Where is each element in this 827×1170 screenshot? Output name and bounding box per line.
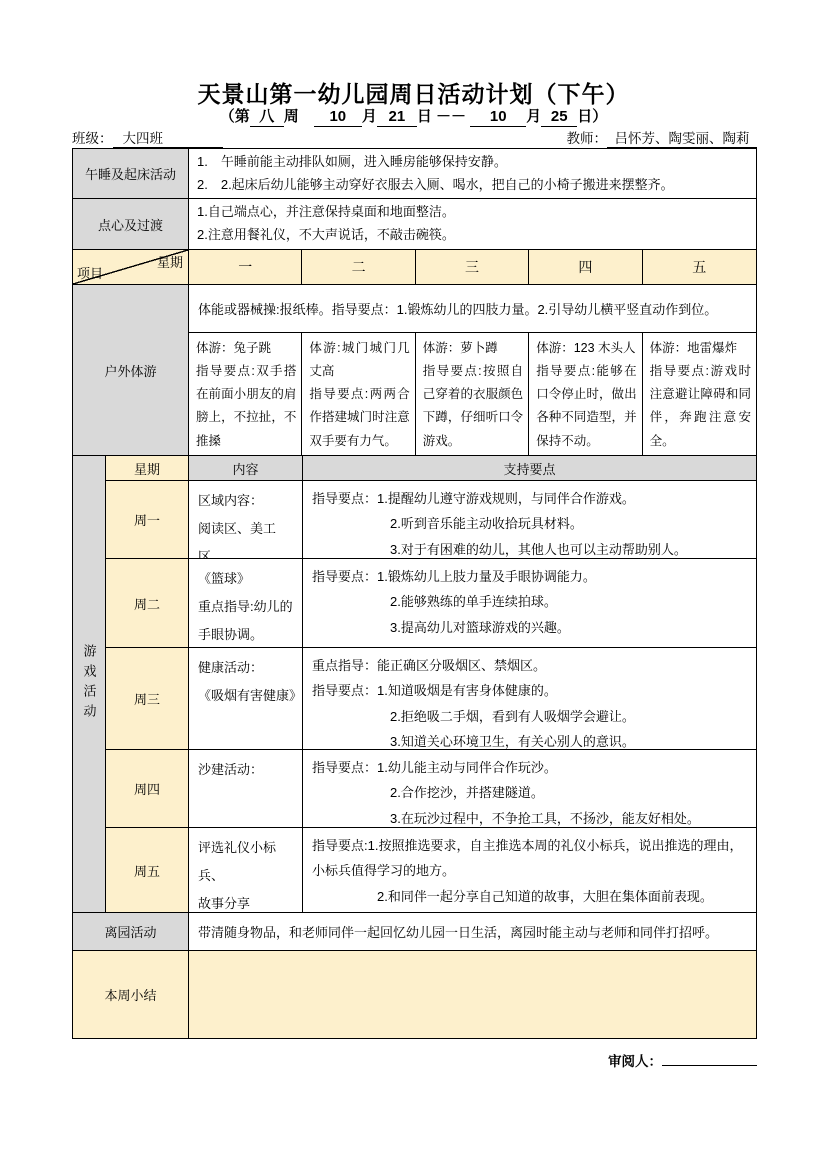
games-col-week: 星期 [106,456,189,481]
outdoor-common-content: 体能或器械操:报纸棒。指导要点：1.锻炼幼儿的四肢力量。2.引导幼儿横平竖直动作… [189,285,756,333]
games-row-thu-content: 沙建活动： [189,750,303,828]
subtitle-month-label1: 月 [362,108,377,125]
dismissal-label: 离园活动 [73,913,189,951]
games-row-fri-support: 指导要点:1.按照推选要求，自主推选本周的礼仪小标兵，说出推选的理由，小标兵值得… [303,828,756,913]
teacher-label: 教师： [567,131,608,146]
games-row-fri-content: 评选礼仪小标兵、 故事分享 [189,828,303,913]
outdoor-section: 星期 项目 一 二 三 四 五 户外体游 体能或器械操:报纸棒。指导要点：1.锻… [73,250,756,456]
teacher-field: 教师：吕怀芳、陶雯丽、陶莉 [567,127,758,148]
day-header-thu: 四 [529,250,642,285]
week-date-line: （第八周 10月21日 －－ 10月25日） [0,105,827,127]
snack-row-content: 1.自己端点心，并注意保持桌面和地面整洁。 2.注意用餐礼仪，不大声说话，不敲击… [189,199,756,250]
reviewer-line: 审阅人： [608,1050,757,1070]
games-col-support: 支持要点 [303,456,756,481]
date-range-dash: －－ [436,108,466,125]
week-number-blank: 八 [250,109,284,127]
reviewer-blank [662,1065,757,1066]
day-header-fri: 五 [643,250,756,285]
end-month-blank: 10 [470,109,526,127]
day-header-wed: 三 [416,250,529,285]
corner-week-label: 星期 [157,252,183,271]
subtitle-day-label1: 日 [417,108,432,125]
games-row-thu-support: 指导要点：1.幼儿能主动与同伴合作玩沙。 2.合作挖沙，并搭建隧道。 3.在玩沙… [303,750,756,828]
games-row-wed-support: 重点指导：能正确区分吸烟区、禁烟区。 指导要点：1.知道吸烟是有害身体健康的。 … [303,648,756,750]
games-row-thu-day: 周四 [106,750,189,828]
dismissal-section: 离园活动 带清随身物品，和老师同伴一起回忆幼儿园一日生活，离园时能主动与老师和同… [73,913,756,951]
summary-section: 本周小结 [73,951,756,1038]
games-row-tue-day: 周二 [106,559,189,648]
subtitle-month-label2: 月 [526,108,541,125]
games-row-fri-day: 周五 [106,828,189,913]
start-day-blank: 21 [377,109,417,127]
class-field: 班级：大四班 [72,127,223,148]
summary-label: 本周小结 [73,951,189,1038]
class-value: 大四班 [113,132,223,148]
games-row-wed-day: 周三 [106,648,189,750]
outdoor-thu-cell: 体游：123 木头人 指导要点:能够在口令停止时，做出各种不同造型，并保持不动。 [529,333,642,456]
reviewer-label: 审阅人： [608,1054,662,1069]
games-section-label: 游戏活动 [73,456,106,913]
start-month-blank: 10 [314,109,362,127]
end-day-blank: 25 [541,109,577,127]
games-row-mon-content: 区域内容： 阅读区、美工区、 娃娃家、建构区、 [189,481,303,559]
routine-section: 午睡及起床活动 1. 午睡前能主动排队如厕，进入睡房能够保持安静。 2. 2.起… [73,149,756,250]
day-header-mon: 一 [189,250,302,285]
teacher-value: 吕怀芳、陶雯丽、陶莉 [607,132,757,148]
games-row-mon-support: 指导要点：1.提醒幼儿遵守游戏规则，与同伴合作游戏。 2.听到音乐能主动收拾玩具… [303,481,756,559]
corner-header-cell: 星期 项目 [73,250,189,285]
outdoor-wed-cell: 体游：萝卜蹲 指导要点:按照自己穿着的衣服颜色下蹲，仔细听口令游戏。 [416,333,529,456]
games-section: 游戏活动 星期 内容 支持要点 周一 区域内容： 阅读区、美工区、 娃娃家、建构… [73,456,756,913]
games-row-wed-content: 健康活动： 《吸烟有害健康》 [189,648,303,750]
games-row-mon-day: 周一 [106,481,189,559]
outdoor-fri-cell: 体游：地雷爆炸 指导要点:游戏时注意避让障碍和同伴，奔跑注意安全。 [643,333,756,456]
subtitle-week-label: 周 [284,108,299,125]
class-label: 班级： [72,131,113,146]
summary-content [189,951,756,1038]
outdoor-mon-cell: 体游：兔子跳 指导要点:双手搭在前面小朋友的肩膀上，不拉扯，不推搡 [189,333,302,456]
dismissal-content: 带清随身物品，和老师同伴一起回忆幼儿园一日生活，离园时能主动与老师和同伴打招呼。 [189,913,756,951]
snack-row-label: 点心及过渡 [73,199,189,250]
plan-table: 午睡及起床活动 1. 午睡前能主动排队如厕，进入睡房能够保持安静。 2. 2.起… [72,148,757,1039]
nap-row-content: 1. 午睡前能主动排队如厕，进入睡房能够保持安静。 2. 2.起床后幼儿能够主动… [189,149,756,199]
day-header-tue: 二 [302,250,415,285]
corner-item-label: 项目 [77,263,103,282]
outdoor-tue-cell: 体游:城门城门几丈高 指导要点:两两合作搭建城门时注意双手要有力气。 [302,333,415,456]
nap-row-label: 午睡及起床活动 [73,149,189,199]
games-col-content: 内容 [189,456,303,481]
outdoor-row-label: 户外体游 [73,285,189,456]
games-row-tue-support: 指导要点：1.锻炼幼儿上肢力量及手眼协调能力。 2.能够熟练的单手连续拍球。 3… [303,559,756,648]
games-row-tue-content: 《篮球》 重点指导:幼儿的手眼协调。 [189,559,303,648]
subtitle-open: （第 [220,108,250,125]
subtitle-day-label2: 日） [577,108,607,125]
class-teacher-row: 班级：大四班 教师：吕怀芳、陶雯丽、陶莉 [72,127,757,148]
